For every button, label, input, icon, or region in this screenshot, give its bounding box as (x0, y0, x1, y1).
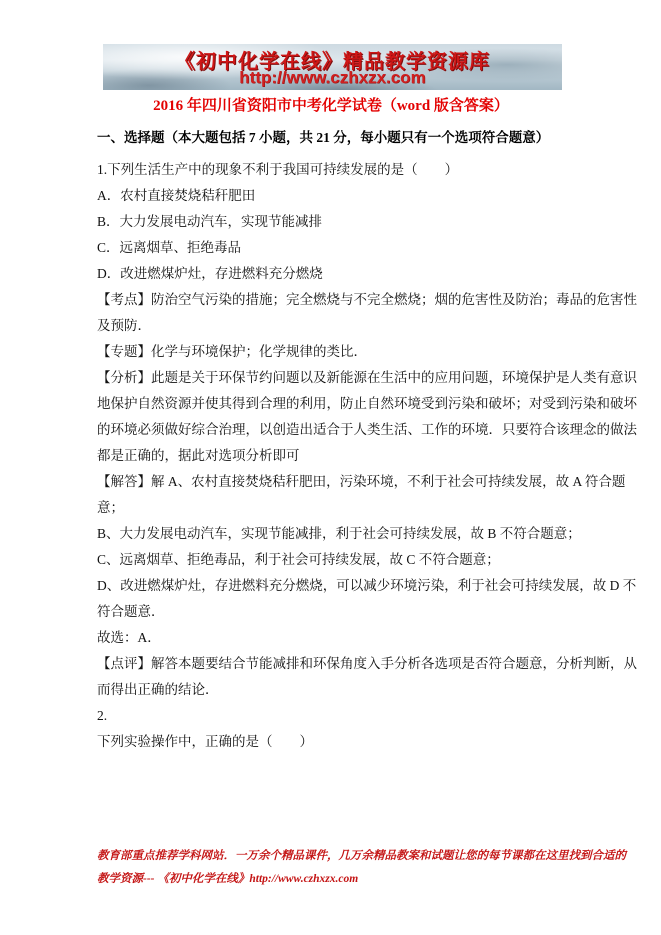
text-line: 都是正确的，据此对选项分析即可 (97, 443, 575, 469)
text-line: 【点评】解答本题要结合节能减排和环保角度入手分析各选项是否符合题意，分析判断，从 (97, 651, 575, 677)
section-heading: 一、选择题（本大题包括 7 小题，共 21 分，每小题只有一个选项符合题意） (97, 128, 565, 148)
footer-promo-text: 教育部重点推荐学科网站．一万余个精品课件，几万余精品教案和试题让您的每节课都在这… (97, 845, 575, 868)
text-line: 2. (97, 703, 575, 729)
text-line: 【考点】防治空气污染的措施；完全燃烧与不完全燃烧；烟的危害性及防治；毒品的危害性 (97, 287, 575, 313)
page-title: 2016 年四川省资阳市中考化学试卷（word 版含答案） (97, 96, 565, 116)
text-line: 【分析】此题是关于环保节约问题以及新能源在生活中的应用问题，环境保护是人类有意识 (97, 365, 575, 391)
text-line: D．改进燃煤炉灶，存进燃料充分燃烧 (97, 261, 575, 287)
document-body: 1.下列生活生产中的现象不利于我国可持续发展的是（ ）A．农村直接焚烧秸秆肥田B… (97, 157, 575, 755)
text-line: 故选：A． (97, 625, 575, 651)
text-line: 地保护自然资源并使其得到合理的利用，防止自然环境受到污染和破坏；对受到污染和破坏 (97, 391, 575, 417)
document-page: 《初中化学在线》精品教学资源库 http://www.czhxzx.com 20… (0, 0, 661, 935)
text-line: 【专题】化学与环境保护；化学规律的类比． (97, 339, 575, 365)
text-line: 意； (97, 495, 575, 521)
text-line: A．农村直接焚烧秸秆肥田 (97, 183, 575, 209)
text-line: C．远离烟草、拒绝毒品 (97, 235, 575, 261)
footer-site-link-text: 教学资源--- 《初中化学在线》http://www.czhxzx.com (97, 868, 575, 891)
banner-site-url: http://www.czhxzx.com (103, 68, 562, 88)
text-line: 1.下列生活生产中的现象不利于我国可持续发展的是（ ） (97, 157, 575, 183)
text-line: B、大力发展电动汽车，实现节能减排，利于社会可持续发展，故 B 不符合题意； (97, 521, 575, 547)
text-line: 的环境必须做好综合治理，以创造出适合于人类生活、工作的环境．只要符合该理念的做法 (97, 417, 575, 443)
text-line: 符合题意． (97, 599, 575, 625)
text-line: C、远离烟草、拒绝毒品，利于社会可持续发展，故 C 不符合题意； (97, 547, 575, 573)
text-line: 【解答】解 A、农村直接焚烧秸秆肥田，污染环境，不利于社会可持续发展，故 A 符… (97, 469, 575, 495)
text-line: D、改进燃煤炉灶，存进燃料充分燃烧，可以减少环境污染，利于社会可持续发展，故 D… (97, 573, 575, 599)
page-footer: 教育部重点推荐学科网站．一万余个精品课件，几万余精品教案和试题让您的每节课都在这… (97, 845, 575, 891)
site-banner-image: 《初中化学在线》精品教学资源库 http://www.czhxzx.com (103, 44, 562, 90)
text-line: 下列实验操作中，正确的是（ ） (97, 729, 575, 755)
text-line: 及预防． (97, 313, 575, 339)
text-line: 而得出正确的结论． (97, 677, 575, 703)
text-line: B．大力发展电动汽车，实现节能减排 (97, 209, 575, 235)
